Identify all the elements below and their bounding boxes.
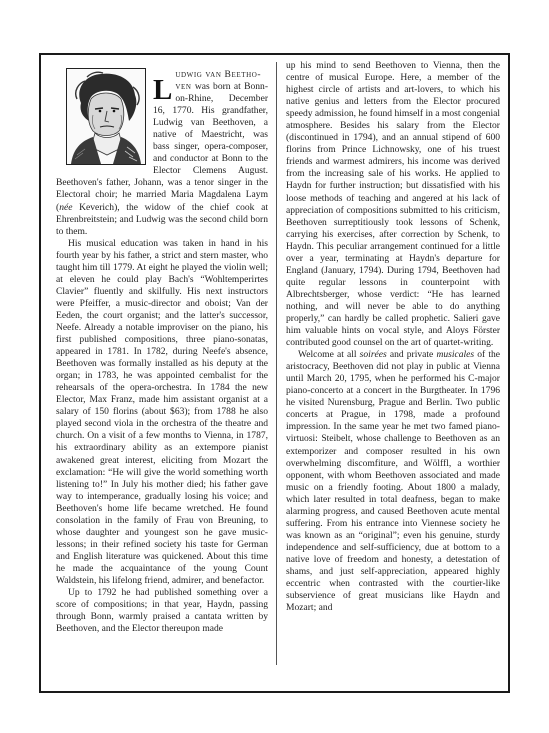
right-column: up his mind to send Beethoven to Vienna,…	[286, 60, 500, 614]
dropcap-letter: L	[153, 78, 172, 102]
left-column: Ludwig van Beetho-ven was born at Bonn-o…	[56, 60, 268, 635]
paragraph-1792: Up to 1792 he had published something ov…	[56, 587, 268, 635]
paragraph-musical-education: His musical education was taken in hand …	[56, 238, 268, 587]
column-divider	[276, 62, 277, 665]
paragraph-aristocracy: Welcome at all soirées and private music…	[286, 349, 500, 614]
paragraph-vienna: up his mind to send Beethoven to Vienna,…	[286, 60, 500, 349]
beethoven-portrait-icon	[66, 68, 146, 165]
